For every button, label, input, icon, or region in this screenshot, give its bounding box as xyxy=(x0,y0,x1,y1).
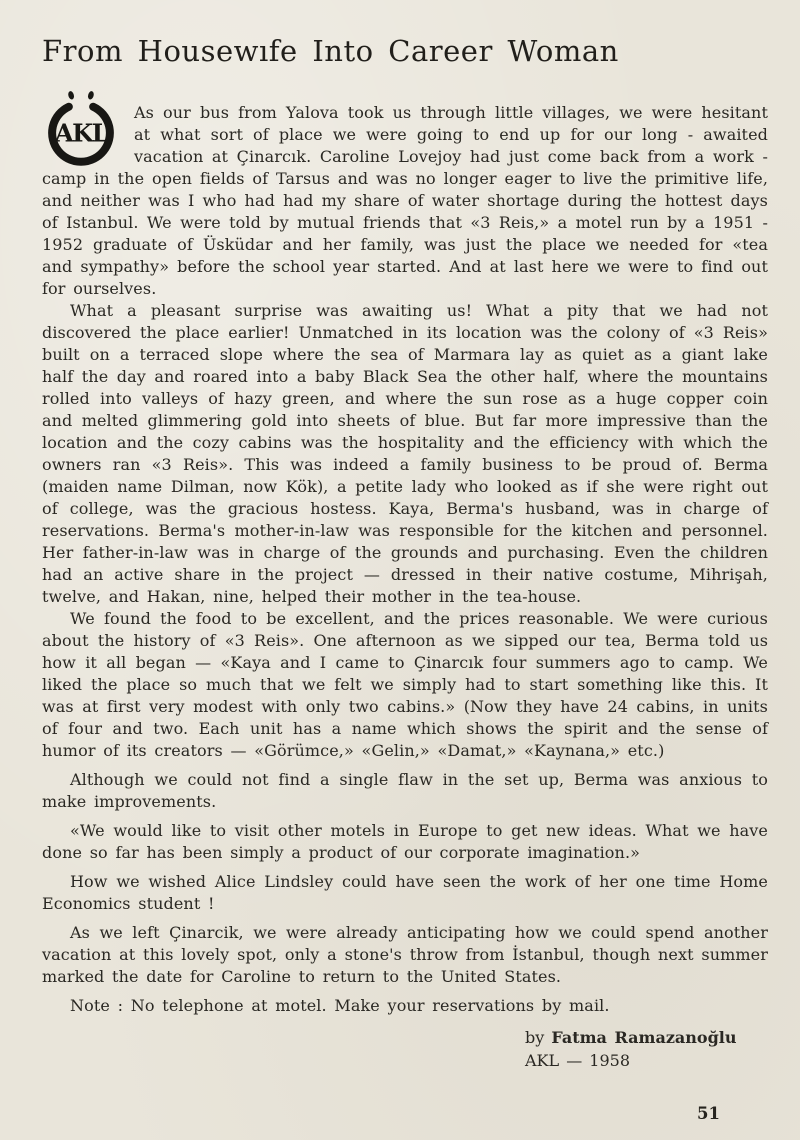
byline-organization: AKL — 1958 xyxy=(525,1049,768,1072)
article-body: AKL As our bus from Yalova took us throu… xyxy=(42,102,768,1017)
page-number: 51 xyxy=(697,1104,768,1123)
akl-logo-graphic: AKL xyxy=(42,90,120,166)
paragraph-2: What a pleasant surprise was awaiting us… xyxy=(42,300,768,608)
byline-prefix: by xyxy=(525,1028,551,1047)
byline: by Fatma Ramazanoğlu AKL — 1958 xyxy=(525,1026,768,1072)
paragraph-3: We found the food to be excellent, and t… xyxy=(42,608,768,762)
paragraph-1: As our bus from Yalova took us through l… xyxy=(42,102,768,300)
logo-monogram: AKL xyxy=(54,119,109,148)
byline-name: Fatma Ramazanoğlu xyxy=(551,1028,736,1047)
paragraph-7: As we left Çinarcik, we were already ant… xyxy=(42,922,768,988)
paragraph-4: Although we could not find a single flaw… xyxy=(42,769,768,813)
akl-logo: AKL xyxy=(42,90,120,166)
scanned-page: From Housewıfe Into Career Woman AKL As … xyxy=(0,0,800,1140)
paragraph-6: How we wished Alice Lindsley could have … xyxy=(42,871,768,915)
paragraph-5: «We would like to visit other motels in … xyxy=(42,820,768,864)
paragraph-8: Note : No telephone at motel. Make your … xyxy=(42,995,768,1017)
article-title: From Housewıfe Into Career Woman xyxy=(42,34,768,68)
